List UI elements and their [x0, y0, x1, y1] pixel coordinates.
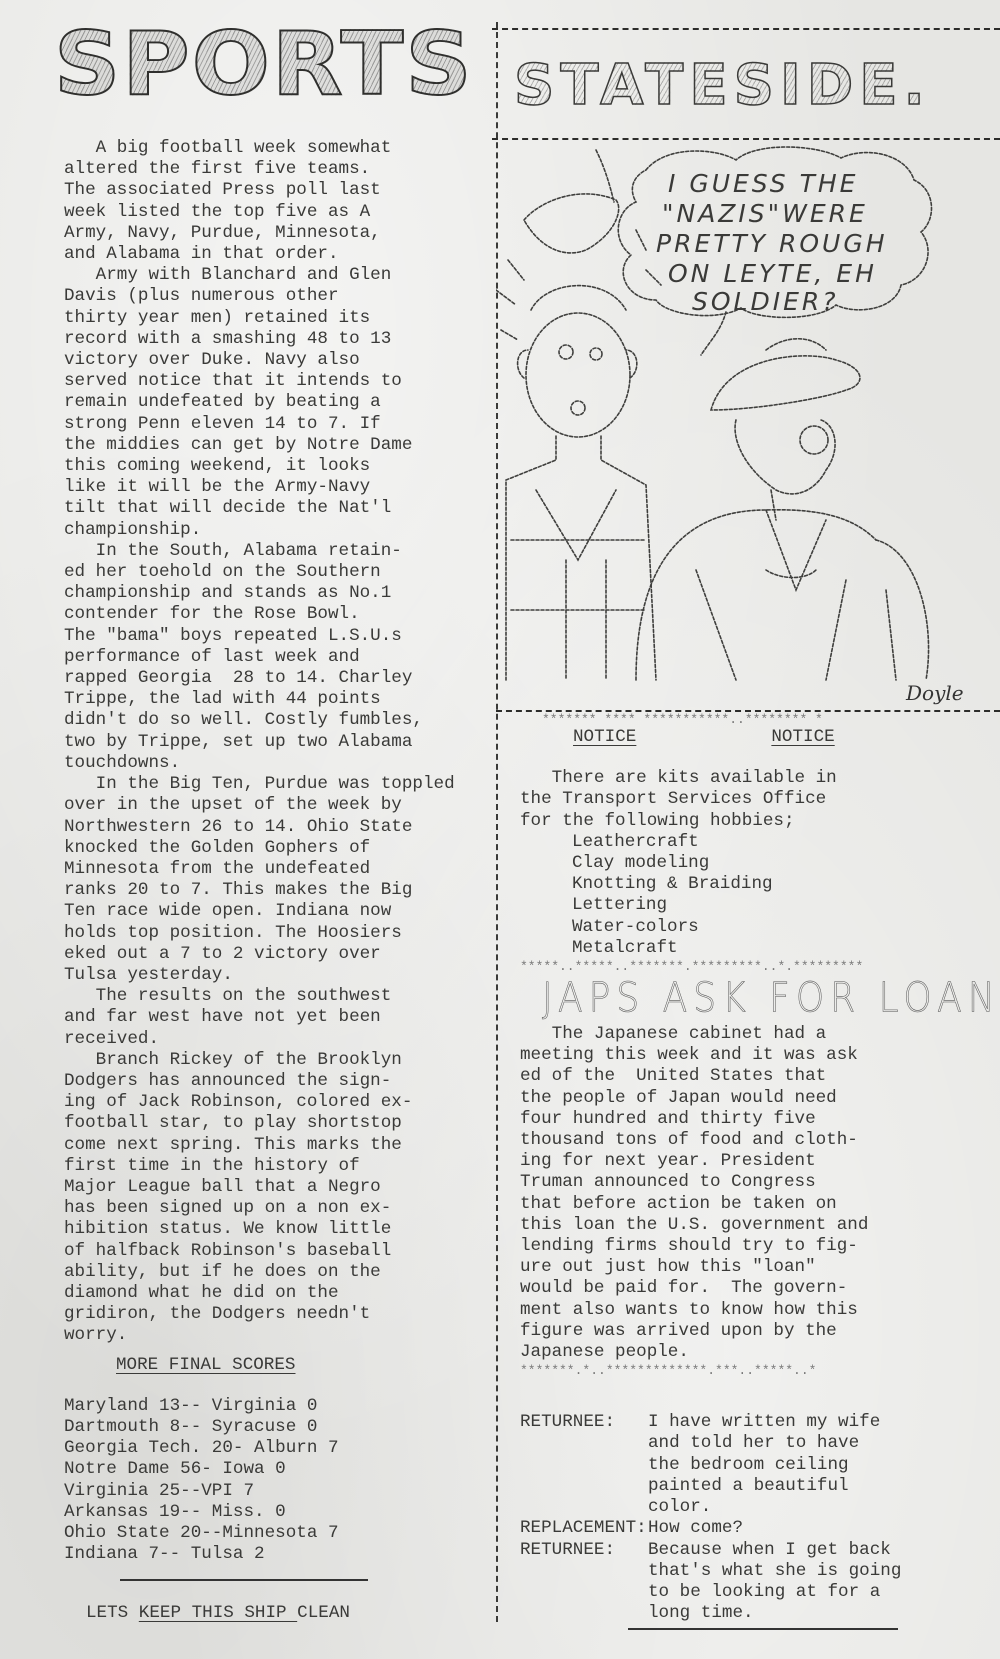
hobby-item: Knotting & Braiding — [572, 874, 960, 895]
hobby-item: Leathercraft — [572, 832, 960, 853]
speech-line: "NAZIS"WERE — [662, 199, 868, 228]
notice-label-left: NOTICE — [573, 727, 636, 748]
speech-line: PRETTY ROUGH — [656, 229, 888, 258]
score-row: Notre Dame 56- Iowa 0 — [64, 1459, 484, 1480]
sports-paragraph: Branch Rickey of the Brooklyn Dodgers ha… — [64, 1050, 484, 1347]
joke-speaker: RETURNEE: — [520, 1540, 648, 1625]
joke-line: REPLACEMENT: How come? — [520, 1518, 960, 1539]
sports-paragraph: A big football week somewhat altered the… — [64, 138, 484, 265]
hobby-item: Clay modeling — [572, 853, 960, 874]
artist-signature: Doyle — [905, 681, 964, 705]
hobbies-list: Leathercraft Clay modeling Knotting & Br… — [572, 832, 960, 959]
cartoon-illustration: I GUESS THE "NAZIS"WERE PRETTY ROUGH ON … — [496, 140, 1000, 710]
hobby-item: Lettering — [572, 895, 960, 916]
hobby-item: Water-colors — [572, 917, 960, 938]
stateside-heading: STATESIDE. — [514, 58, 931, 114]
joke-text: I have written my wife and told her to h… — [648, 1412, 880, 1518]
joke-speaker: REPLACEMENT: — [520, 1518, 648, 1539]
speech-bubble-text: I GUESS THE "NAZIS"WERE PRETTY ROUGH ON … — [656, 169, 888, 316]
score-row: Maryland 13-- Virginia 0 — [64, 1396, 484, 1417]
notice-label-right: NOTICE — [771, 727, 834, 748]
score-row: Ohio State 20--Minnesota 7 — [64, 1523, 484, 1544]
joke-text: Because when I get back that's what she … — [648, 1540, 901, 1625]
joke-dialogue: RETURNEE: I have written my wife and tol… — [520, 1412, 960, 1624]
section-divider — [628, 1628, 898, 1630]
sports-paragraph: In the South, Alabama retain- ed her toe… — [64, 541, 484, 774]
score-row: Georgia Tech. 20- Alburn 7 — [64, 1438, 484, 1459]
sports-paragraph: Army with Blanchard and Glen Davis (plus… — [64, 265, 484, 541]
star-divider: ******* **** ***********..******** * — [542, 712, 960, 727]
loan-heading: JAPS ASK FOR LOAN — [542, 978, 960, 1019]
slogan: LETS KEEP THIS SHIP CLEAN — [86, 1603, 484, 1624]
star-divider: *****..*****..*******.*********..*.*****… — [520, 959, 960, 974]
sports-article: A big football week somewhat altered the… — [64, 138, 484, 1347]
slogan-underlined: KEEP THIS SHIP — [139, 1603, 297, 1623]
joke-speaker: RETURNEE: — [520, 1412, 648, 1518]
speech-line: ON LEYTE, EH — [668, 259, 877, 288]
sports-paragraph: In the Big Ten, Purdue was toppled over … — [64, 774, 484, 986]
notice-intro: There are kits available in the Transpor… — [520, 768, 960, 832]
sports-heading: SPORTS — [54, 21, 494, 126]
speech-line: SOLDIER? — [692, 287, 839, 316]
newsletter-page: SPORTS A big football week somewhat alte… — [0, 0, 1000, 1659]
joke-line: RETURNEE: Because when I get back that's… — [520, 1540, 960, 1625]
loan-article: The Japanese cabinet had a meeting this … — [520, 1024, 960, 1363]
section-divider — [120, 1579, 368, 1581]
cartoon-panel: I GUESS THE "NAZIS"WERE PRETTY ROUGH ON … — [496, 140, 1000, 712]
stateside-header-box: STATESIDE. — [492, 28, 1000, 140]
score-row: Indiana 7-- Tulsa 2 — [64, 1544, 484, 1565]
scores-heading: MORE FINAL SCORES — [116, 1355, 484, 1376]
hobby-item: Metalcraft — [572, 938, 960, 959]
joke-text: How come? — [648, 1518, 743, 1539]
slogan-suffix: CLEAN — [297, 1603, 350, 1623]
score-row: Arkansas 19-- Miss. 0 — [64, 1502, 484, 1523]
notice-section: ******* **** ***********..******** * NOT… — [520, 712, 960, 1630]
slogan-prefix: LETS — [86, 1603, 139, 1623]
speech-line: I GUESS THE — [668, 169, 858, 198]
notice-labels: NOTICE NOTICE — [520, 727, 960, 748]
joke-line: RETURNEE: I have written my wife and tol… — [520, 1412, 960, 1518]
sports-column: SPORTS A big football week somewhat alte… — [64, 18, 484, 1625]
sports-paragraph: The results on the southwest and far wes… — [64, 986, 484, 1050]
star-divider: *******.*..*************.***..*****..* — [520, 1363, 960, 1378]
score-row: Virginia 25--VPI 7 — [64, 1481, 484, 1502]
score-row: Dartmouth 8-- Syracuse 0 — [64, 1417, 484, 1438]
scores-list: Maryland 13-- Virginia 0 Dartmouth 8-- S… — [64, 1396, 484, 1566]
